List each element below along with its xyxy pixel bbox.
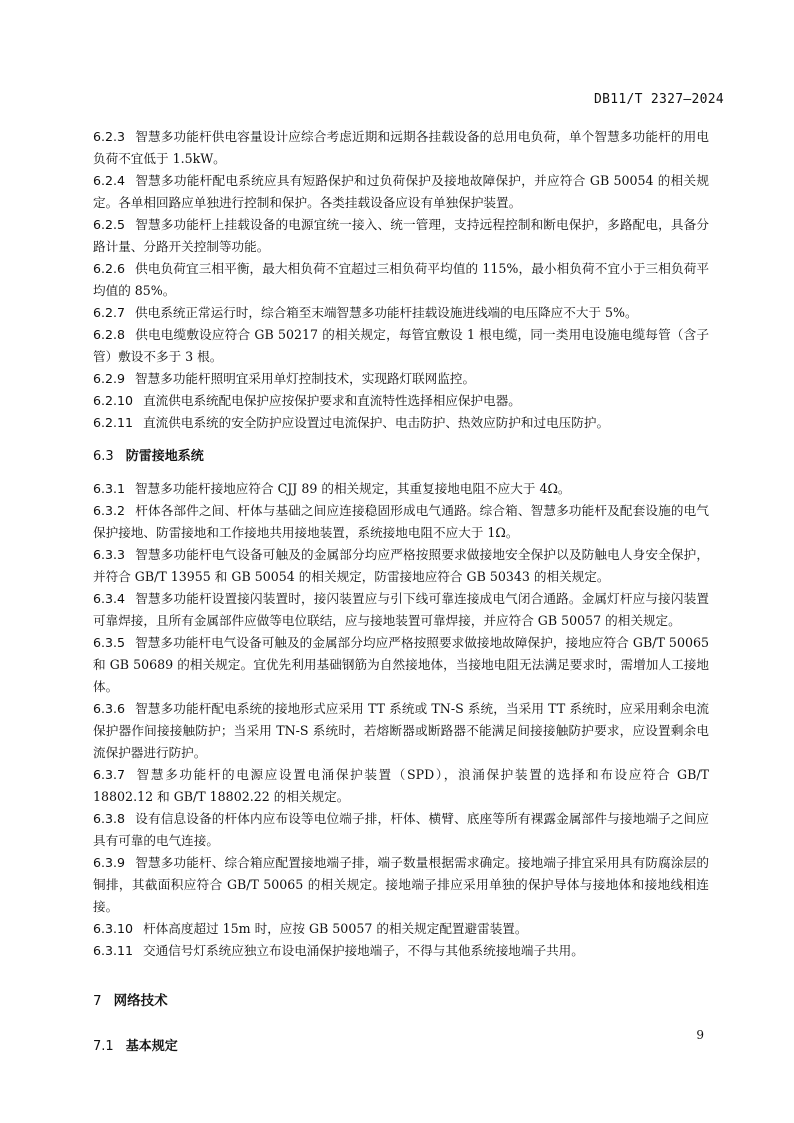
clause-6-2-3: 6.2.3智慧多功能杆供电容量设计应综合考虑近期和远期各挂载设备的总用电负荷，单… <box>93 126 709 170</box>
clause-6-3-5: 6.3.5智慧多功能杆电气设备可触及的金属部分均应严格按照要求做接地故障保护，接… <box>93 632 709 698</box>
clause-number: 6.2.10 <box>93 393 133 408</box>
clause-number: 6.2.5 <box>93 217 125 232</box>
clause-number: 6.2.3 <box>93 129 125 144</box>
clause-text: 智慧多功能杆设置接闪装置时，接闪装置应与引下线可靠连接成电气闭合通路。金属灯杆应… <box>93 591 709 628</box>
clause-number: 6.3.4 <box>93 591 125 606</box>
clause-6-2-7: 6.2.7供电系统正常运行时，综合箱至末端智慧多功能杆挂载设施进线端的电压降应不… <box>93 302 709 324</box>
clause-number: 6.3.3 <box>93 547 125 562</box>
clause-text: 智慧多功能杆照明宜采用单灯控制技术，实现路灯联网监控。 <box>135 371 475 386</box>
section-title: 基本规定 <box>126 1039 178 1054</box>
clause-6-3-7: 6.3.7智慧多功能杆的电源应设置电涌保护装置（SPD），浪涌保护装置的选择和布… <box>93 764 709 808</box>
clause-number: 6.2.8 <box>93 327 125 342</box>
clauses-6-3: 6.3.1智慧多功能杆接地应符合 CJJ 89 的相关规定，其重复接地电阻不应大… <box>93 478 709 962</box>
clause-text: 智慧多功能杆的电源应设置电涌保护装置（SPD），浪涌保护装置的选择和布设应符合 … <box>93 767 709 804</box>
clause-6-3-6: 6.3.6智慧多功能杆配电系统的接地形式应采用 TT 系统或 TN-S 系统，当… <box>93 698 709 764</box>
clause-6-3-11: 6.3.11交通信号灯系统应独立布设电涌保护接地端子，不得与其他系统接地端子共用… <box>93 940 709 962</box>
clause-number: 6.2.9 <box>93 371 125 386</box>
section-title: 防雷接地系统 <box>126 449 204 464</box>
clause-6-3-8: 6.3.8设有信息设备的杆体内应布设等电位端子排，杆体、横臂、底座等所有裸露金属… <box>93 808 709 852</box>
section-number: 7.1 <box>93 1039 114 1054</box>
document-body: 6.2.3智慧多功能杆供电容量设计应综合考虑近期和远期各挂载设备的总用电负荷，单… <box>93 126 709 1068</box>
clause-number: 6.2.11 <box>93 415 133 430</box>
clause-number: 6.2.7 <box>93 305 125 320</box>
clause-6-3-4: 6.3.4智慧多功能杆设置接闪装置时，接闪装置应与引下线可靠连接成电气闭合通路。… <box>93 588 709 632</box>
clause-6-3-10: 6.3.10杆体高度超过 15m 时，应按 GB 50057 的相关规定配置避雷… <box>93 918 709 940</box>
clause-text: 智慧多功能杆、综合箱应配置接地端子排，端子数量根据需求确定。接地端子排宜采用具有… <box>93 855 709 914</box>
standard-code-header: DB11/T 2327—2024 <box>594 92 724 107</box>
clause-number: 6.3.9 <box>93 855 125 870</box>
clause-text: 智慧多功能杆供电容量设计应综合考虑近期和远期各挂载设备的总用电负荷，单个智慧多功… <box>93 129 709 166</box>
clause-6-2-8: 6.2.8供电电缆敷设应符合 GB 50217 的相关规定，每管宜敷设 1 根电… <box>93 324 709 368</box>
clause-6-2-5: 6.2.5智慧多功能杆上挂载设备的电源宜统一接入、统一管理，支持远程控制和断电保… <box>93 214 709 258</box>
clause-text: 交通信号灯系统应独立布设电涌保护接地端子，不得与其他系统接地端子共用。 <box>143 943 584 958</box>
clause-text: 智慧多功能杆上挂载设备的电源宜统一接入、统一管理，支持远程控制和断电保护，多路配… <box>93 217 709 254</box>
clause-number: 6.3.1 <box>93 481 125 496</box>
clause-number: 6.2.6 <box>93 261 125 276</box>
chapter-heading-7: 7网络技术 <box>93 990 709 1012</box>
clause-6-2-4: 6.2.4智慧多功能杆配电系统应具有短路保护和过负荷保护及接地故障保护，并应符合… <box>93 170 709 214</box>
clause-text: 智慧多功能杆电气设备可触及的金属部分均应严格按照要求做接地故障保护，接地应符合 … <box>93 635 709 694</box>
section-heading-7-1: 7.1基本规定 <box>93 1036 709 1058</box>
clause-6-3-3: 6.3.3智慧多功能杆电气设备可触及的金属部分均应严格按照要求做接地安全保护以及… <box>93 544 709 588</box>
clause-text: 供电电缆敷设应符合 GB 50217 的相关规定，每管宜敷设 1 根电缆，同一类… <box>93 327 709 364</box>
clause-6-2-9: 6.2.9智慧多功能杆照明宜采用单灯控制技术，实现路灯联网监控。 <box>93 368 709 390</box>
clause-6-2-10: 6.2.10直流供电系统配电保护应按保护要求和直流特性选择相应保护电器。 <box>93 390 709 412</box>
clause-number: 6.3.2 <box>93 503 125 518</box>
clause-text: 杆体高度超过 15m 时，应按 GB 50057 的相关规定配置避雷装置。 <box>143 921 527 936</box>
clause-text: 直流供电系统配电保护应按保护要求和直流特性选择相应保护电器。 <box>143 393 521 408</box>
clauses-6-2: 6.2.3智慧多功能杆供电容量设计应综合考虑近期和远期各挂载设备的总用电负荷，单… <box>93 126 709 434</box>
clause-number: 6.3.11 <box>93 943 133 958</box>
clause-6-3-1: 6.3.1智慧多功能杆接地应符合 CJJ 89 的相关规定，其重复接地电阻不应大… <box>93 478 709 500</box>
clause-6-2-11: 6.2.11直流供电系统的安全防护应设置过电流保护、电击防护、热效应防护和过电压… <box>93 412 709 434</box>
clause-text: 智慧多功能杆配电系统的接地形式应采用 TT 系统或 TN-S 系统，当采用 TT… <box>93 701 709 760</box>
section-number: 6.3 <box>93 449 114 464</box>
clause-text: 直流供电系统的安全防护应设置过电流保护、电击防护、热效应防护和过电压防护。 <box>143 415 609 430</box>
clause-6-3-9: 6.3.9智慧多功能杆、综合箱应配置接地端子排，端子数量根据需求确定。接地端子排… <box>93 852 709 918</box>
page-number: 9 <box>696 1028 704 1042</box>
chapter-title: 网络技术 <box>114 993 168 1009</box>
clause-number: 6.3.10 <box>93 921 133 936</box>
clause-text: 杆体各部件之间、杆体与基础之间应连接稳固形成电气通路。综合箱、智慧多功能杆及配套… <box>93 503 709 540</box>
section-heading-6-3: 6.3防雷接地系统 <box>93 446 709 468</box>
clause-number: 6.3.8 <box>93 811 125 826</box>
clause-text: 供电负荷宜三相平衡，最大相负荷不宜超过三相负荷平均值的 115%，最小相负荷不宜… <box>93 261 709 298</box>
clause-6-2-6: 6.2.6供电负荷宜三相平衡，最大相负荷不宜超过三相负荷平均值的 115%，最小… <box>93 258 709 302</box>
clause-6-3-2: 6.3.2杆体各部件之间、杆体与基础之间应连接稳固形成电气通路。综合箱、智慧多功… <box>93 500 709 544</box>
clause-text: 智慧多功能杆电气设备可触及的金属部分均应严格按照要求做接地安全保护以及防触电人身… <box>93 547 709 584</box>
clause-text: 智慧多功能杆配电系统应具有短路保护和过负荷保护及接地故障保护，并应符合 GB 5… <box>93 173 709 210</box>
clause-number: 6.3.6 <box>93 701 125 716</box>
clause-number: 6.3.7 <box>93 767 125 782</box>
clause-text: 供电系统正常运行时，综合箱至末端智慧多功能杆挂载设施进线端的电压降应不大于 5%… <box>135 305 638 320</box>
chapter-number: 7 <box>93 993 102 1009</box>
clause-text: 设有信息设备的杆体内应布设等电位端子排，杆体、横臂、底座等所有裸露金属部件与接地… <box>93 811 709 848</box>
clause-number: 6.3.5 <box>93 635 125 650</box>
clause-number: 6.2.4 <box>93 173 125 188</box>
clause-text: 智慧多功能杆接地应符合 CJJ 89 的相关规定，其重复接地电阻不应大于 4Ω。 <box>135 481 570 496</box>
